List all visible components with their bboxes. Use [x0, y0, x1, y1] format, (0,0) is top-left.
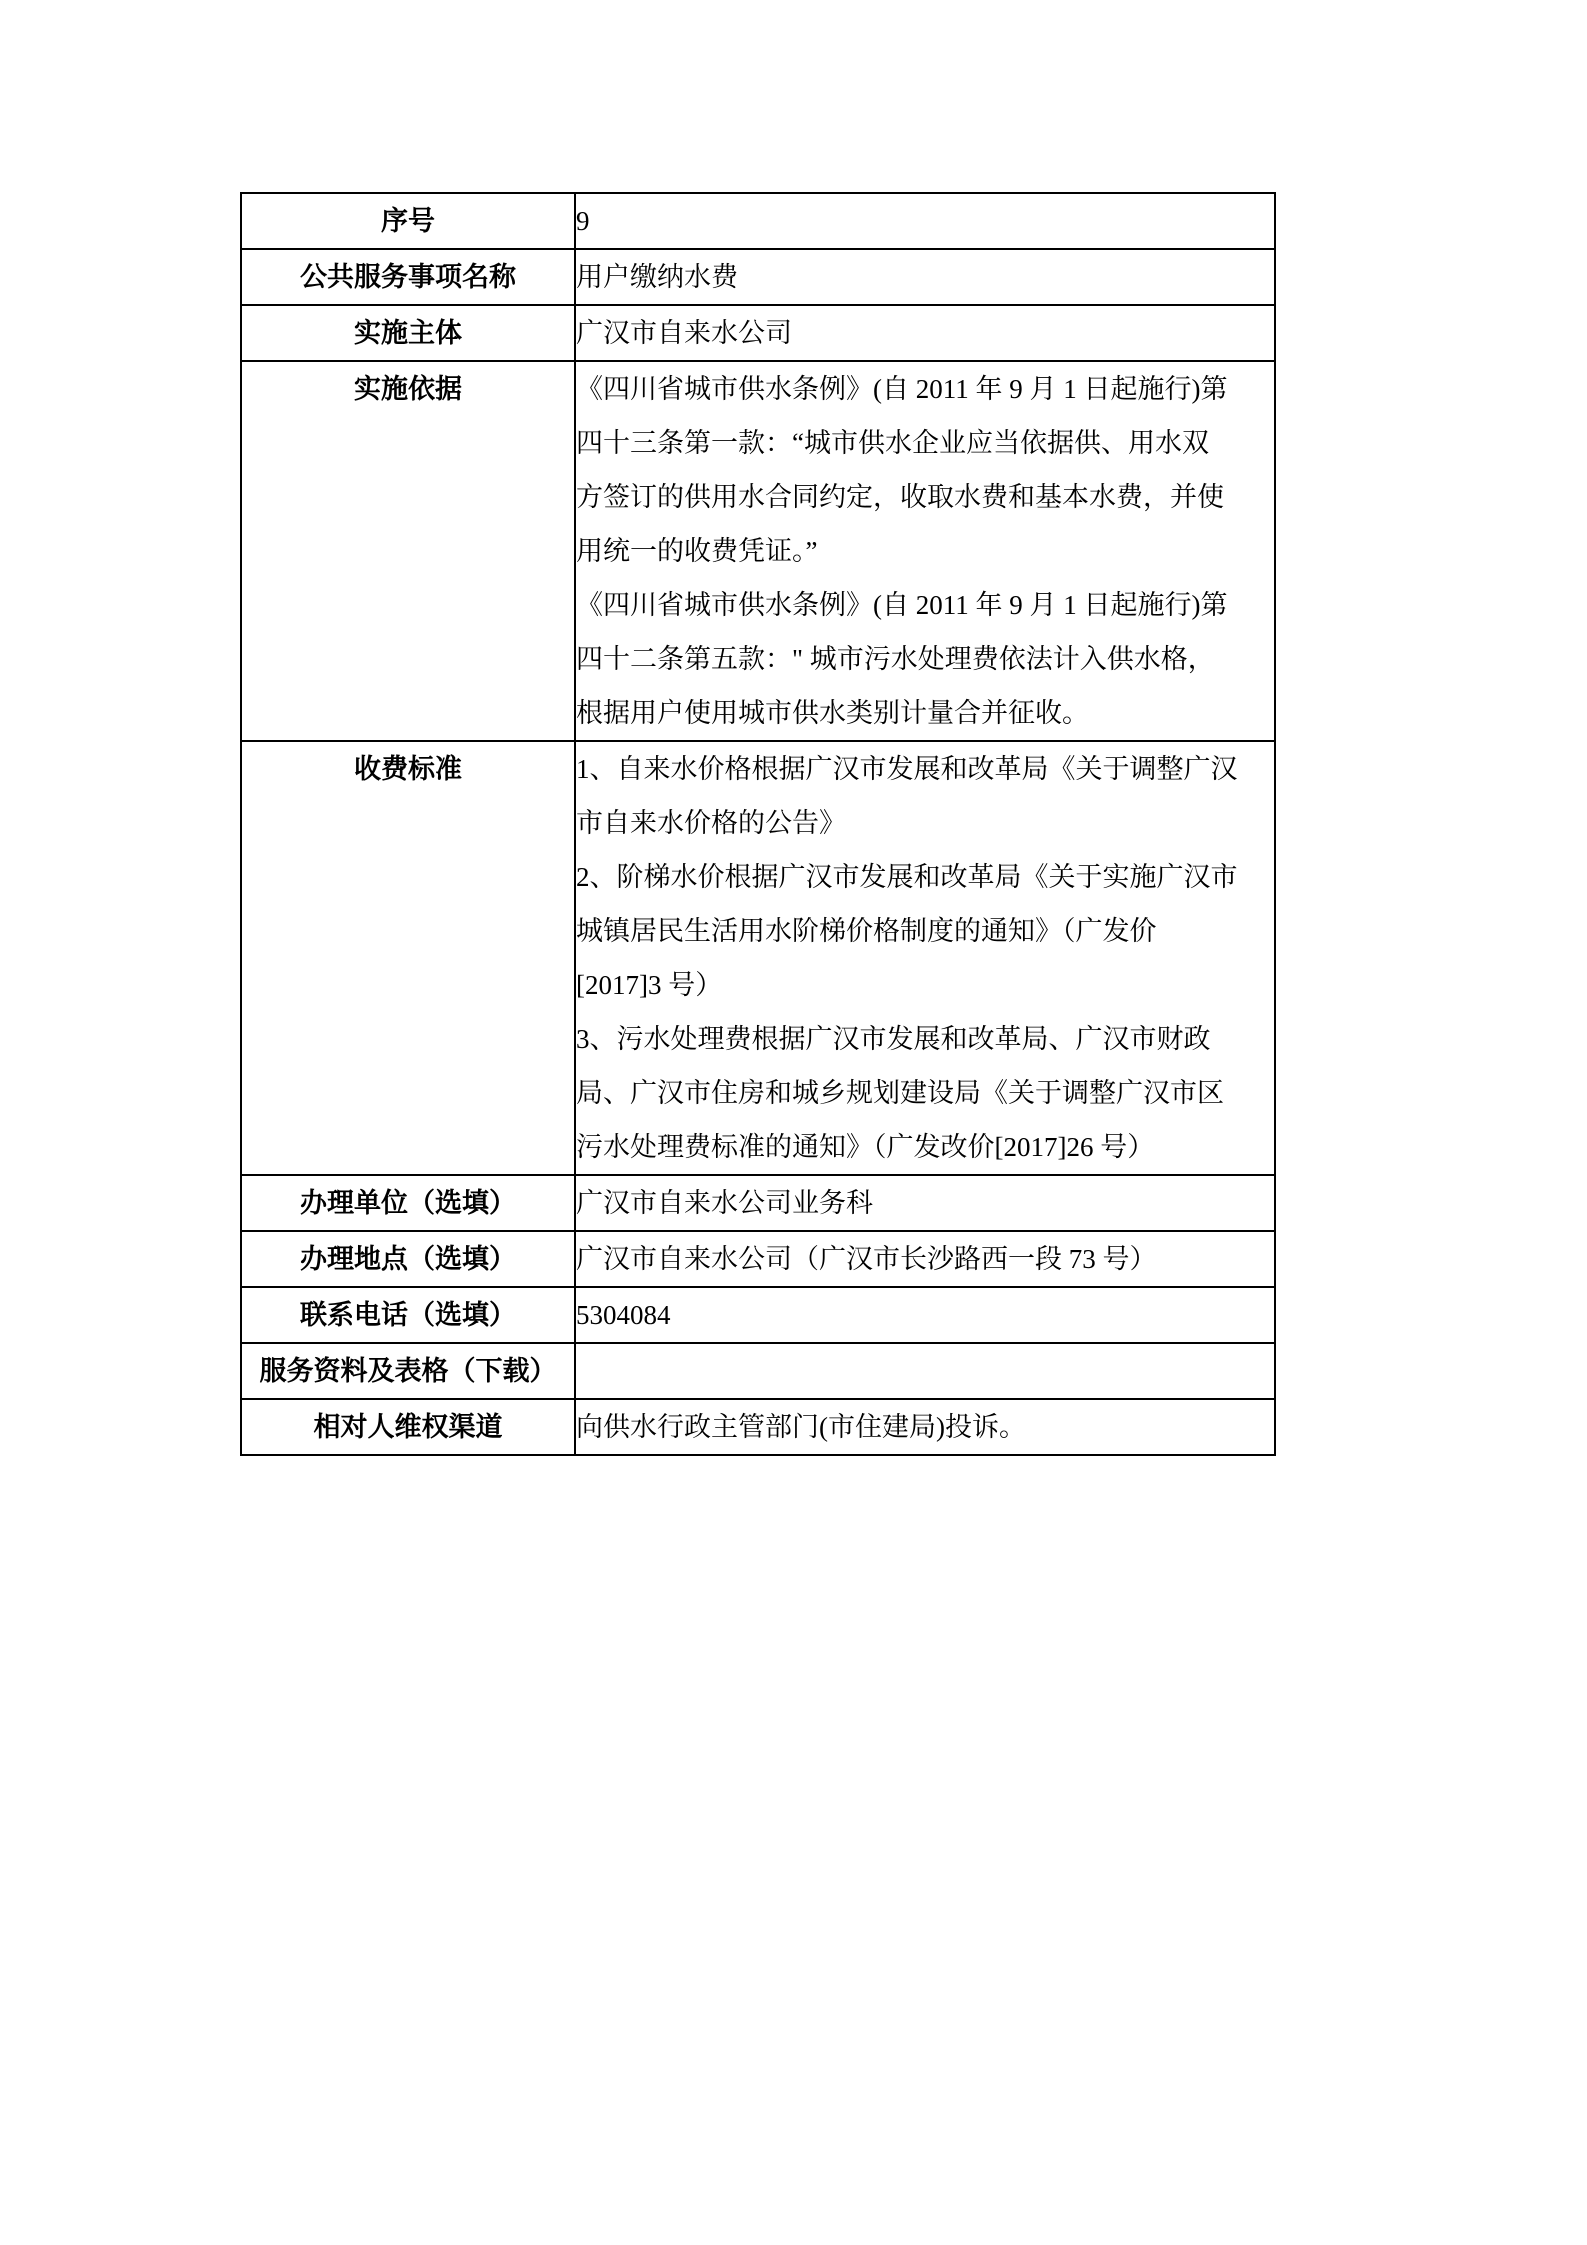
document-page: 序号9公共服务事项名称用户缴纳水费实施主体广汉市自来水公司实施依据《四川省城市供…: [0, 0, 1587, 2245]
cell-text-line: 5304084: [576, 1288, 1274, 1342]
cell-text-line: 3、污水处理费根据广汉市发展和改革局、广汉市财政: [576, 1012, 1274, 1066]
cell-text-line: 四十三条第一款：“城市供水企业应当依据供、用水双: [576, 416, 1274, 470]
row-label: 相对人维权渠道: [241, 1399, 575, 1455]
row-label: 收费标准: [241, 741, 575, 1175]
row-label: 实施依据: [241, 361, 575, 741]
row-value: 5304084: [575, 1287, 1275, 1343]
cell-text-line: 向供水行政主管部门(市住建局)投诉。: [576, 1400, 1274, 1454]
service-info-table: 序号9公共服务事项名称用户缴纳水费实施主体广汉市自来水公司实施依据《四川省城市供…: [240, 192, 1276, 1456]
cell-text-line: 污水处理费标准的通知》（广发改价[2017]26 号）: [576, 1120, 1274, 1174]
row-value: 广汉市自来水公司（广汉市长沙路西一段 73 号）: [575, 1231, 1275, 1287]
cell-text-line: 用户缴纳水费: [576, 250, 1274, 304]
row-value: 广汉市自来水公司: [575, 305, 1275, 361]
cell-text-line: 《四川省城市供水条例》(自 2011 年 9 月 1 日起施行)第: [576, 578, 1274, 632]
row-label: 办理单位（选填）: [241, 1175, 575, 1231]
row-value: 1、自来水价格根据广汉市发展和改革局《关于调整广汉市自来水价格的公告》2、阶梯水…: [575, 741, 1275, 1175]
table-row: 联系电话（选填）5304084: [241, 1287, 1275, 1343]
cell-text-line: 广汉市自来水公司业务科: [576, 1176, 1274, 1230]
cell-text-line: 方签订的供用水合同约定，收取水费和基本水费，并使: [576, 470, 1274, 524]
cell-text-line: 用统一的收费凭证。”: [576, 524, 1274, 578]
service-info-table-body: 序号9公共服务事项名称用户缴纳水费实施主体广汉市自来水公司实施依据《四川省城市供…: [241, 193, 1275, 1455]
table-row: 实施主体广汉市自来水公司: [241, 305, 1275, 361]
row-label: 序号: [241, 193, 575, 249]
table-row: 相对人维权渠道向供水行政主管部门(市住建局)投诉。: [241, 1399, 1275, 1455]
table-row: 收费标准1、自来水价格根据广汉市发展和改革局《关于调整广汉市自来水价格的公告》2…: [241, 741, 1275, 1175]
table-row: 序号9: [241, 193, 1275, 249]
row-value: 《四川省城市供水条例》(自 2011 年 9 月 1 日起施行)第四十三条第一款…: [575, 361, 1275, 741]
table-row: 服务资料及表格（下载）: [241, 1343, 1275, 1399]
row-value: [575, 1343, 1275, 1399]
row-label: 办理地点（选填）: [241, 1231, 575, 1287]
table-row: 公共服务事项名称用户缴纳水费: [241, 249, 1275, 305]
cell-text-line: [2017]3 号）: [576, 958, 1274, 1012]
row-value: 广汉市自来水公司业务科: [575, 1175, 1275, 1231]
cell-text-line: 《四川省城市供水条例》(自 2011 年 9 月 1 日起施行)第: [576, 362, 1274, 416]
cell-text-line: 根据用户使用城市供水类别计量合并征收。: [576, 686, 1274, 740]
row-label: 公共服务事项名称: [241, 249, 575, 305]
cell-text-line: 广汉市自来水公司: [576, 306, 1274, 360]
row-label: 实施主体: [241, 305, 575, 361]
row-value: 向供水行政主管部门(市住建局)投诉。: [575, 1399, 1275, 1455]
row-value: 用户缴纳水费: [575, 249, 1275, 305]
row-value: 9: [575, 193, 1275, 249]
cell-text-line: 1、自来水价格根据广汉市发展和改革局《关于调整广汉: [576, 742, 1274, 796]
table-row: 实施依据《四川省城市供水条例》(自 2011 年 9 月 1 日起施行)第四十三…: [241, 361, 1275, 741]
row-label: 服务资料及表格（下载）: [241, 1343, 575, 1399]
table-row: 办理地点（选填）广汉市自来水公司（广汉市长沙路西一段 73 号）: [241, 1231, 1275, 1287]
cell-text-line: 局、广汉市住房和城乡规划建设局《关于调整广汉市区: [576, 1066, 1274, 1120]
cell-text-line: 城镇居民生活用水阶梯价格制度的通知》（广发价: [576, 904, 1274, 958]
cell-text-line: 2、阶梯水价根据广汉市发展和改革局《关于实施广汉市: [576, 850, 1274, 904]
table-row: 办理单位（选填）广汉市自来水公司业务科: [241, 1175, 1275, 1231]
cell-text-line: 广汉市自来水公司（广汉市长沙路西一段 73 号）: [576, 1232, 1274, 1286]
cell-text-line: 四十二条第五款：" 城市污水处理费依法计入供水格，: [576, 632, 1274, 686]
cell-text-line: 9: [576, 194, 1274, 248]
cell-text-line: 市自来水价格的公告》: [576, 796, 1274, 850]
row-label: 联系电话（选填）: [241, 1287, 575, 1343]
